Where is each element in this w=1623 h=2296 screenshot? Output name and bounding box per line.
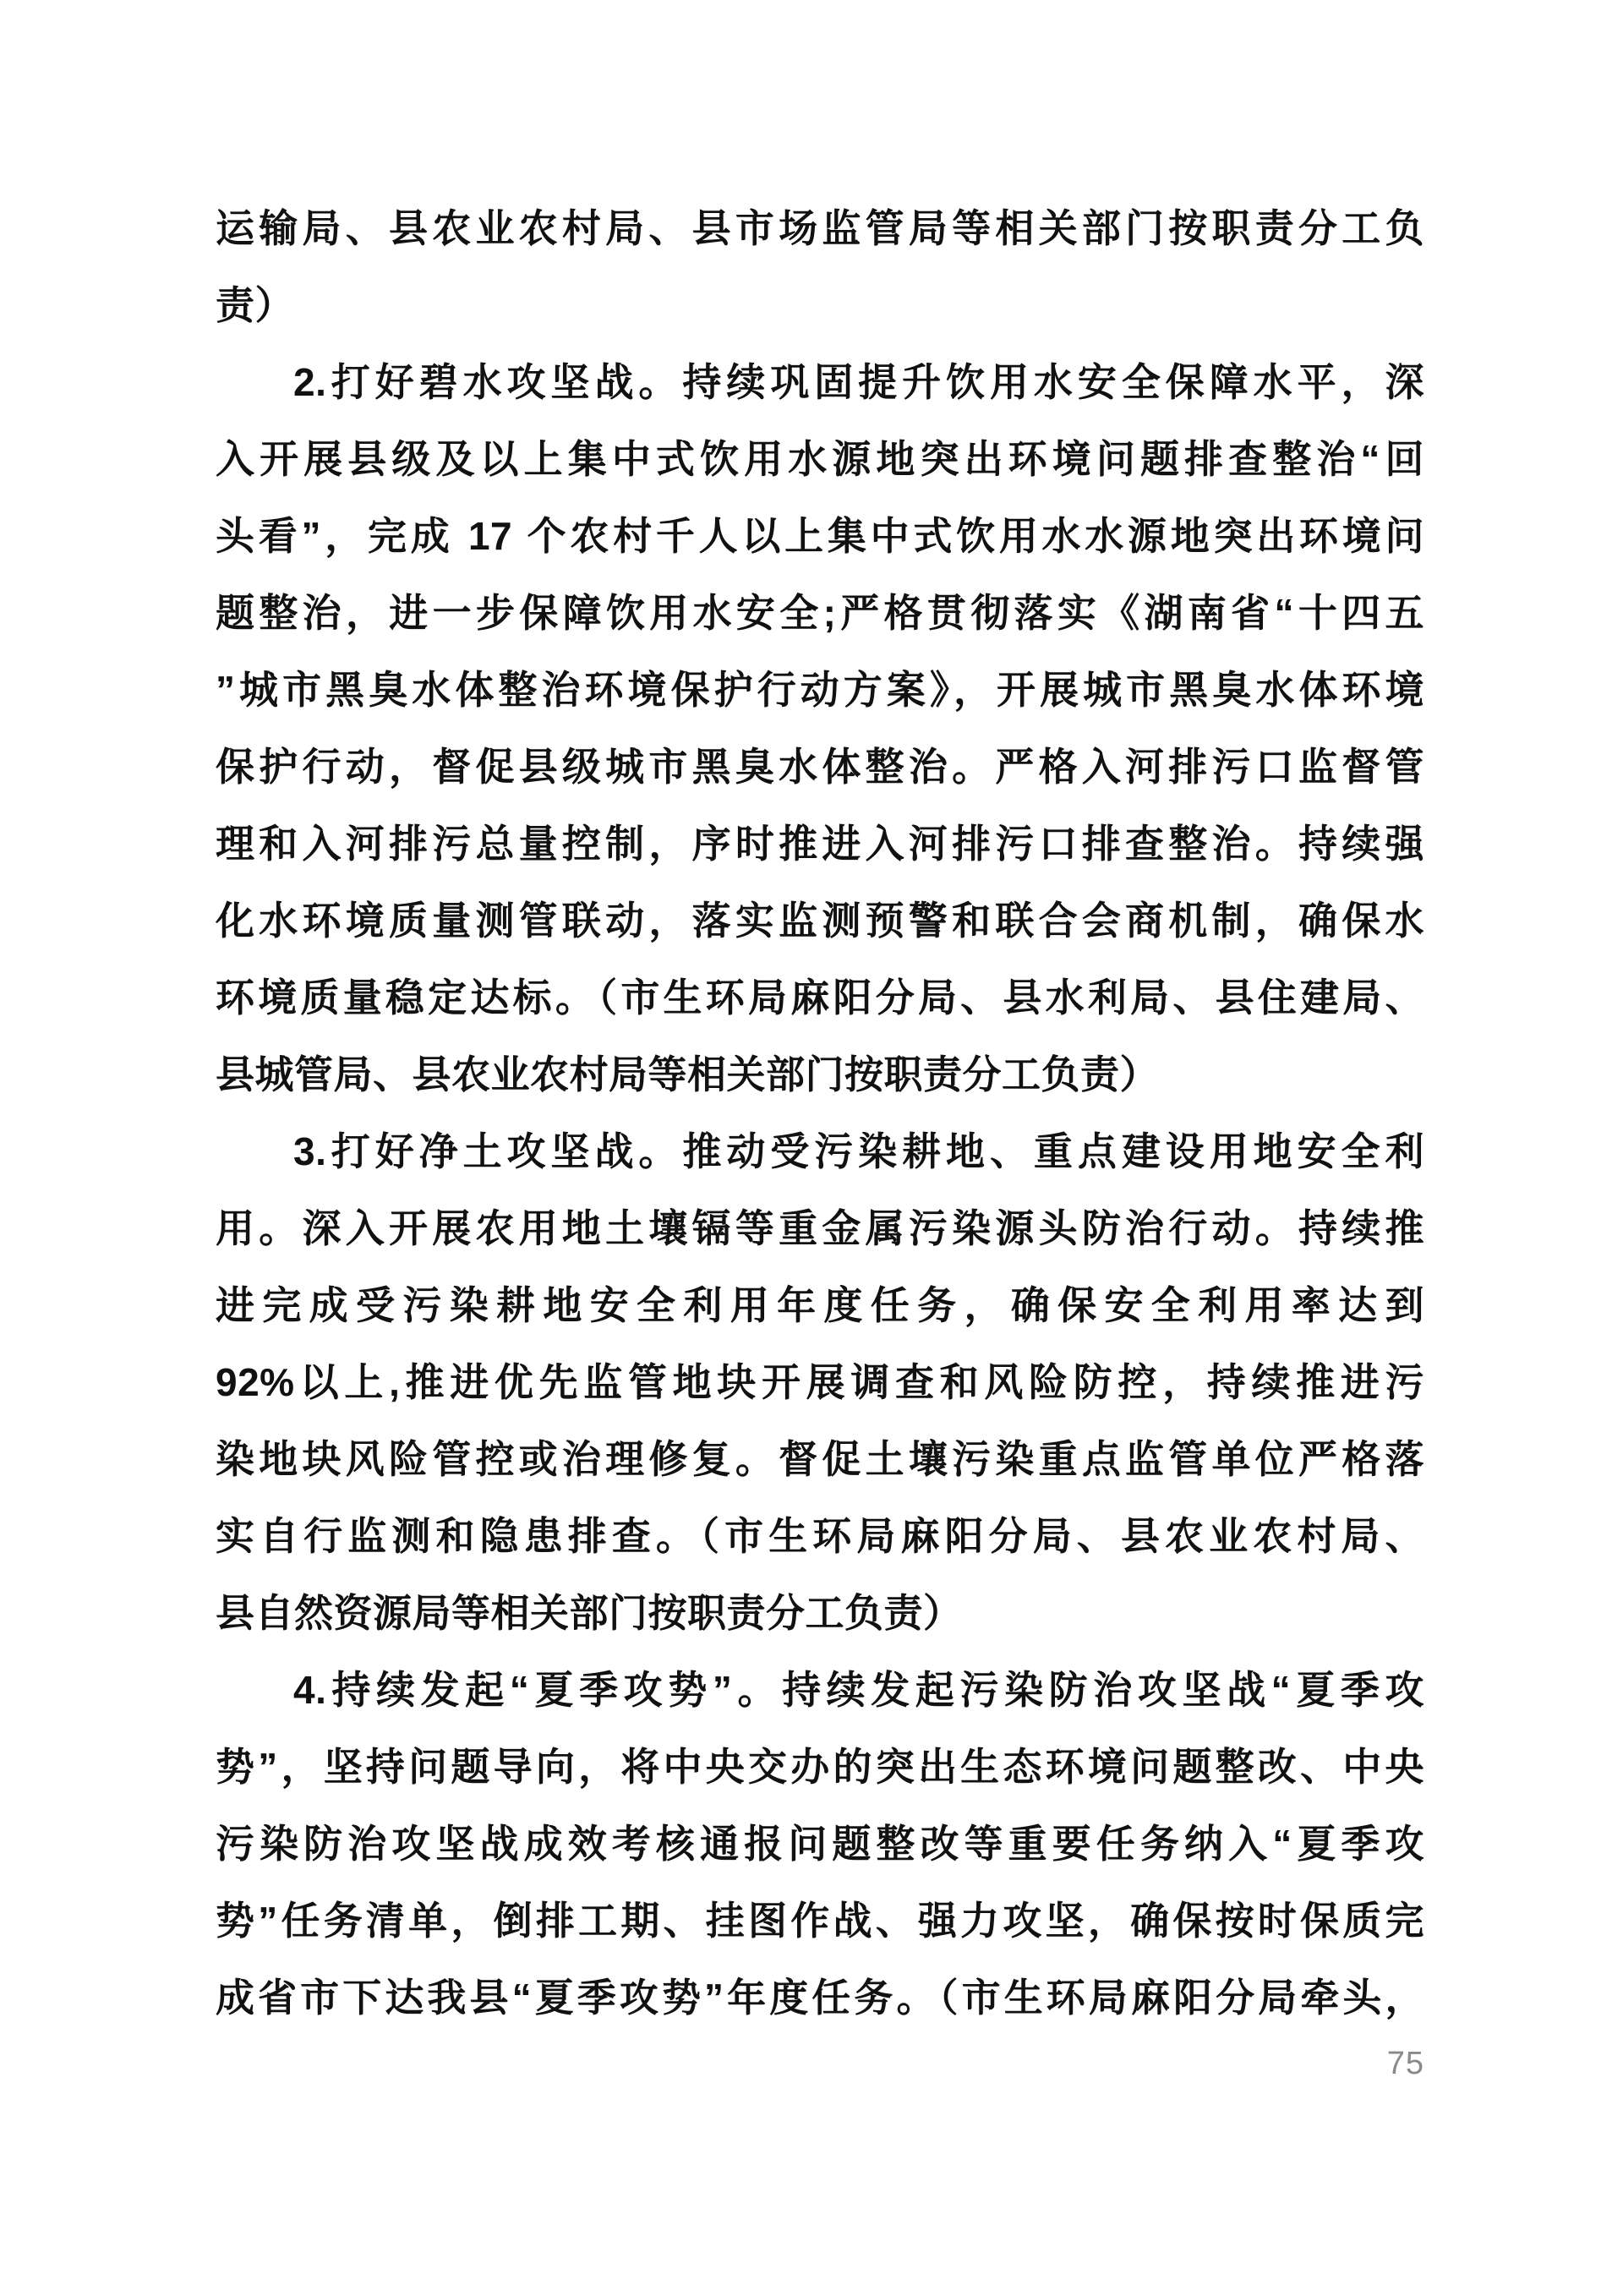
text-line: 保护行动，督促县级城市黑臭水体整治。严格入河排污口监督管: [216, 729, 1424, 806]
text-line: 运输局、县农业农村局、县市场监管局等相关部门按职责分工负: [216, 190, 1424, 267]
text-line: 染地块风险管控或治理修复。督促土壤污染重点监管单位严格落: [216, 1421, 1424, 1498]
text-line: 成省市下达我县“夏季攻势”年度任务。（市生环局麻阳分局牵头，: [216, 1960, 1424, 2036]
text-line: 用。深入开展农用地土壤镉等重金属污染源头防治行动。持续推: [216, 1190, 1424, 1267]
text-line: 县城管局、县农业农村局等相关部门按职责分工负责）: [216, 1036, 1424, 1113]
page-body-text: 运输局、县农业农村局、县市场监管局等相关部门按职责分工负责）2.打好碧水攻坚战。…: [216, 190, 1424, 2036]
text-line: 92%以上,推进优先监管地块开展调查和风险防控，持续推进污: [216, 1344, 1424, 1421]
text-line: 2.打好碧水攻坚战。持续巩固提升饮用水安全保障水平，深: [216, 344, 1424, 421]
text-line: 实自行监测和隐患排查。（市生环局麻阳分局、县农业农村局、: [216, 1498, 1424, 1575]
text-line: 进完成受污染耕地安全利用年度任务，确保安全利用率达到: [216, 1267, 1424, 1344]
text-line: 势”任务清单，倒排工期、挂图作战、强力攻坚，确保按时保质完: [216, 1883, 1424, 1960]
page-number: 75: [1387, 2046, 1424, 2082]
text-line: 理和入河排污总量控制，序时推进入河排污口排查整治。持续强: [216, 806, 1424, 883]
text-line: 污染防治攻坚战成效考核通报问题整改等重要任务纳入“夏季攻: [216, 1806, 1424, 1883]
document-page: 运输局、县农业农村局、县市场监管局等相关部门按职责分工负责）2.打好碧水攻坚战。…: [0, 0, 1623, 2296]
text-line: 头看”，完成 17 个农村千人以上集中式饮用水水源地突出环境问: [216, 498, 1424, 575]
text-line: 势”，坚持问题导向，将中央交办的突出生态环境问题整改、中央: [216, 1729, 1424, 1806]
text-line: ”城市黑臭水体整治环境保护行动方案》，开展城市黑臭水体环境: [216, 652, 1424, 729]
text-line: 4.持续发起“夏季攻势”。持续发起污染防治攻坚战“夏季攻: [216, 1652, 1424, 1729]
text-line: 责）: [216, 267, 1424, 344]
text-line: 题整治，进一步保障饮用水安全;严格贯彻落实《湖南省“十四五: [216, 575, 1424, 652]
text-line: 3.打好净土攻坚战。推动受污染耕地、重点建设用地安全利: [216, 1113, 1424, 1190]
text-line: 入开展县级及以上集中式饮用水源地突出环境问题排查整治“回: [216, 421, 1424, 498]
text-line: 县自然资源局等相关部门按职责分工负责）: [216, 1575, 1424, 1652]
text-line: 环境质量稳定达标。（市生环局麻阳分局、县水利局、县住建局、: [216, 959, 1424, 1036]
text-line: 化水环境质量测管联动，落实监测预警和联合会商机制，确保水: [216, 883, 1424, 959]
